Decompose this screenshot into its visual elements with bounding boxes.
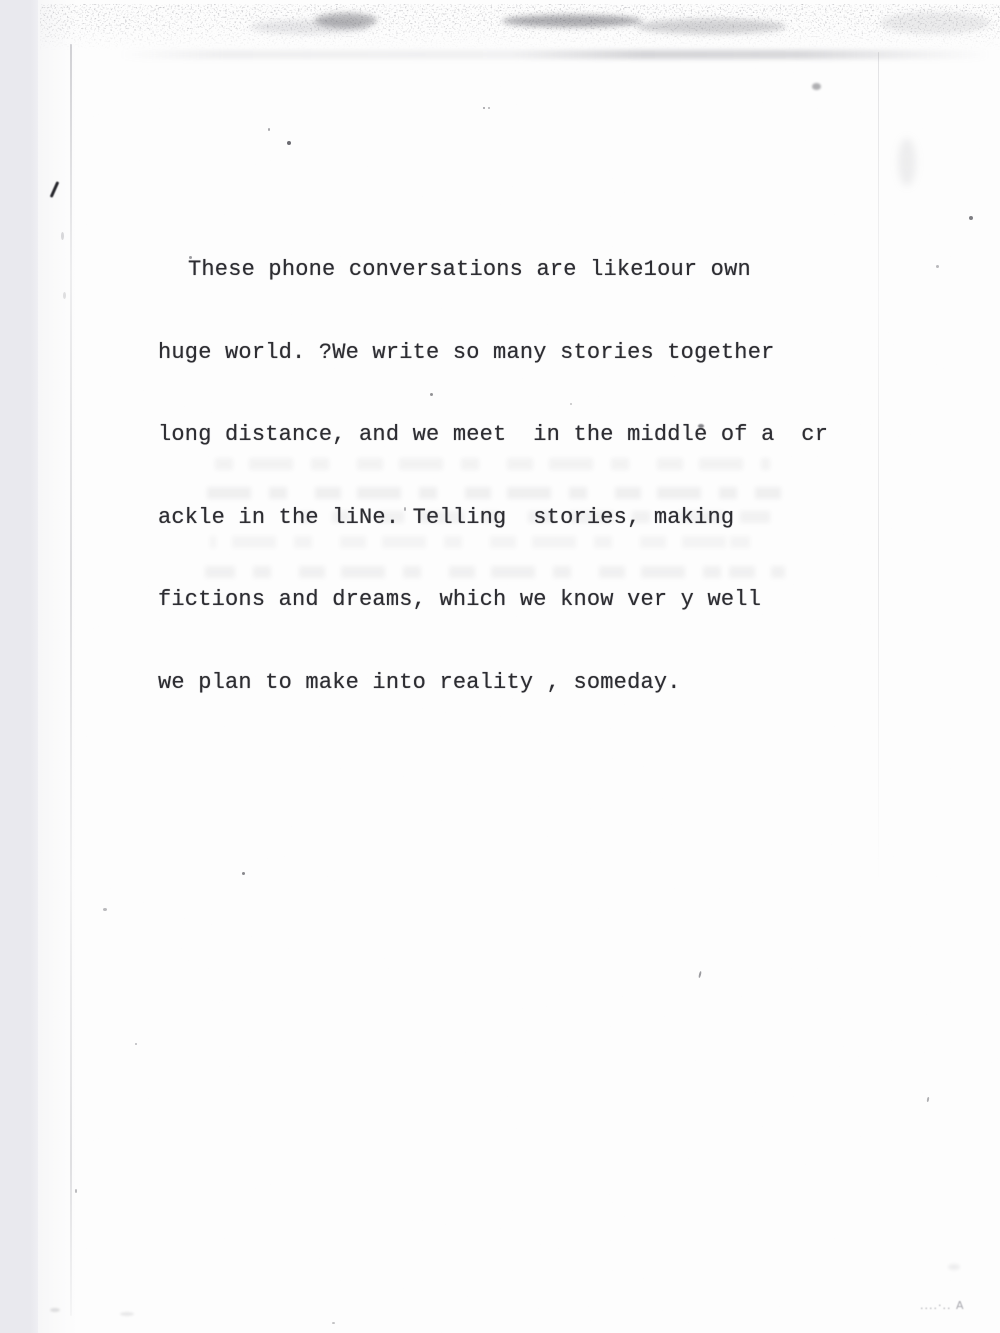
speck bbox=[135, 1043, 137, 1045]
speck bbox=[287, 141, 291, 145]
ghost-text-row bbox=[300, 511, 770, 523]
typed-line: we plan to make into reality , someday. bbox=[158, 669, 828, 697]
speck bbox=[936, 265, 939, 268]
scanner-edge-strip bbox=[0, 0, 38, 1333]
right-crease-line bbox=[878, 52, 879, 882]
speck bbox=[570, 403, 572, 405]
speck bbox=[75, 1189, 77, 1193]
ghost-text-row bbox=[215, 458, 770, 470]
smudge-mark bbox=[898, 138, 916, 186]
speck bbox=[812, 83, 821, 90]
scanned-page: These phone conversations are like1our o… bbox=[0, 0, 1000, 1333]
left-crease-line bbox=[70, 44, 72, 1316]
smudge-mark bbox=[502, 15, 642, 27]
speck bbox=[120, 1312, 134, 1316]
speck bbox=[242, 872, 245, 875]
speck bbox=[483, 107, 485, 109]
speck bbox=[103, 908, 107, 911]
typed-line: long distance, and we meet in the middle… bbox=[158, 421, 828, 449]
typed-line: These phone conversations are like1our o… bbox=[158, 256, 828, 284]
smudge-mark bbox=[636, 19, 786, 34]
speck bbox=[63, 292, 66, 299]
handwritten-scribble: ....·.. A bbox=[920, 1299, 1000, 1312]
ghost-text-row bbox=[210, 536, 750, 548]
speck bbox=[969, 216, 973, 220]
horizontal-smudge-streak bbox=[120, 50, 990, 59]
ghost-text-row bbox=[205, 566, 785, 578]
speck bbox=[189, 256, 192, 259]
smudge-mark bbox=[315, 13, 377, 28]
speck bbox=[488, 107, 490, 109]
ghost-text-row bbox=[205, 487, 795, 499]
speck bbox=[698, 424, 704, 428]
speck bbox=[404, 507, 406, 511]
speck bbox=[332, 1322, 335, 1324]
speck bbox=[268, 128, 270, 131]
typed-line: huge world. ?We write so many stories to… bbox=[158, 339, 828, 367]
speck bbox=[61, 232, 64, 240]
typed-line: fictions and dreams, which we know ver y… bbox=[158, 586, 828, 614]
speck bbox=[50, 1308, 60, 1312]
smudge-mark bbox=[880, 12, 990, 34]
typewritten-paragraph: These phone conversations are like1our o… bbox=[158, 201, 828, 751]
speck bbox=[430, 393, 433, 396]
speck bbox=[948, 1264, 960, 1270]
